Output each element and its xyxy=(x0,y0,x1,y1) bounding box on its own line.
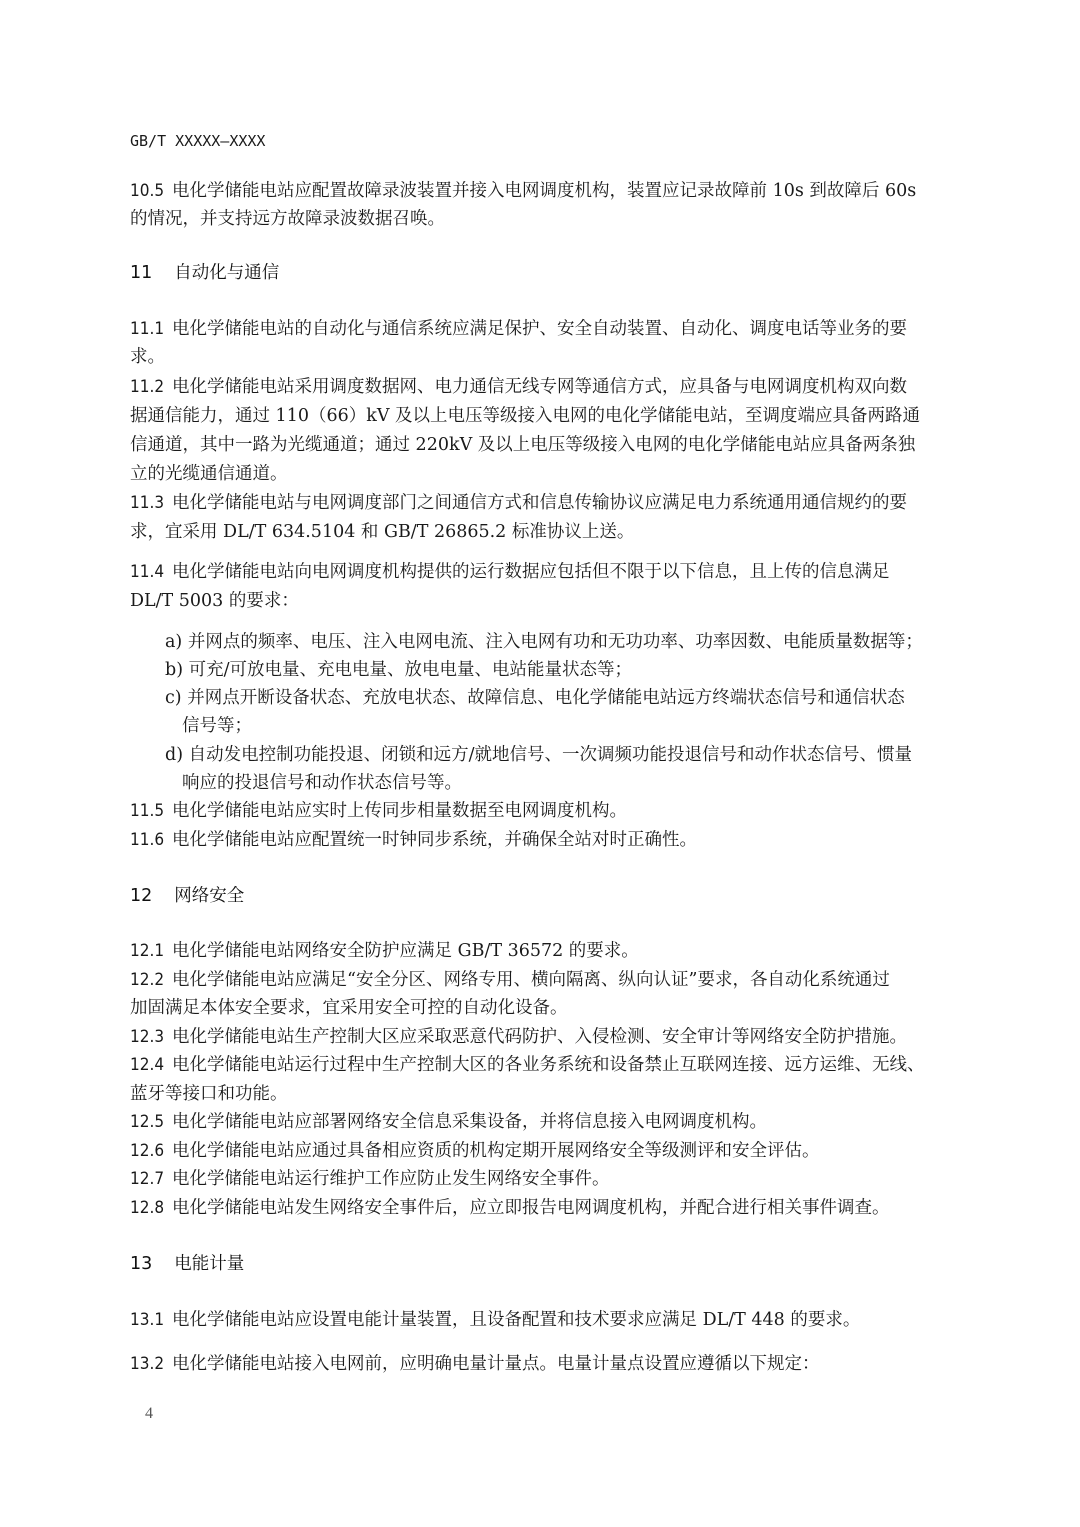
clause-text: 电化学储能电站应配置故障录波装置并接入电网调度机构，装置应记录故障前 10s 到… xyxy=(172,181,916,201)
list-item-b: b) 可充/可放电量、充电电量、放电电量、电站能量状态等； xyxy=(165,659,632,681)
clause-11-2-line-3: 信通道，其中一路为光缆通道；通过 220kV 及以上电压等级接入电网的电化学储能… xyxy=(130,434,915,456)
clause-11-6: 11.6电化学储能电站应配置统一时钟同步系统，并确保全站对时正确性。 xyxy=(130,829,697,851)
clause-11-1-line-2: 求。 xyxy=(130,346,165,368)
clause-11-1-line-1: 11.1电化学储能电站的自动化与通信系统应满足保护、安全自动装置、自动化、调度电… xyxy=(130,318,907,340)
clause-11-3-line-1: 11.3电化学储能电站与电网调度部门之间通信方式和信息传输协议应满足电力系统通用… xyxy=(130,492,907,514)
clause-text: 电化学储能电站采用调度数据网、电力通信无线专网等通信方式，应具备与电网调度机构双… xyxy=(172,377,907,397)
section-heading-12: 12网络安全 xyxy=(130,885,244,907)
clause-text: 电化学储能电站应设置电能计量装置，且设备配置和技术要求应满足 DL/T 448 … xyxy=(172,1310,860,1330)
clause-12-3: 12.3电化学储能电站生产控制大区应采取恶意代码防护、入侵检测、安全审计等网络安… xyxy=(130,1026,907,1048)
clause-text: 电化学储能电站运行维护工作应防止发生网络安全事件。 xyxy=(172,1169,610,1189)
clause-text: 电化学储能电站接入电网前，应明确电量计量点。电量计量点设置应遵循以下规定： xyxy=(172,1354,820,1374)
clause-12-2-line-2: 加固满足本体安全要求，宜采用安全可控的自动化设备。 xyxy=(130,997,568,1019)
clause-12-7: 12.7电化学储能电站运行维护工作应防止发生网络安全事件。 xyxy=(130,1168,610,1190)
list-item-c-continuation: 信号等； xyxy=(182,715,252,737)
list-item-d-continuation: 响应的投退信号和动作状态信号等。 xyxy=(182,772,462,794)
clause-number: 11.4 xyxy=(130,562,164,582)
clause-number: 11.5 xyxy=(130,801,164,821)
clause-12-6: 12.6电化学储能电站应通过具备相应资质的机构定期开展网络安全等级测评和安全评估… xyxy=(130,1140,820,1162)
clause-number: 12.6 xyxy=(130,1141,164,1161)
list-label: d) xyxy=(165,745,183,765)
list-item-c: c) 并网点开断设备状态、充放电状态、故障信息、电化学储能电站远方终端状态信号和… xyxy=(165,687,905,709)
clause-text: 电化学储能电站应通过具备相应资质的机构定期开展网络安全等级测评和安全评估。 xyxy=(172,1141,820,1161)
section-title: 网络安全 xyxy=(174,886,244,906)
clause-number: 10.5 xyxy=(130,181,164,201)
list-label: a) xyxy=(165,632,182,652)
list-text: 可充/可放电量、充电电量、放电电量、电站能量状态等； xyxy=(189,660,632,680)
clause-13-1: 13.1电化学储能电站应设置电能计量装置，且设备配置和技术要求应满足 DL/T … xyxy=(130,1309,860,1331)
section-title: 电能计量 xyxy=(174,1254,244,1274)
list-item-d: d) 自动发电控制功能投退、闭锁和远方/就地信号、一次调频功能投退信号和动作状态… xyxy=(165,744,912,766)
clause-number: 12.3 xyxy=(130,1027,164,1047)
list-label: b) xyxy=(165,660,183,680)
clause-text: 电化学储能电站应部署网络安全信息采集设备，并将信息接入电网调度机构。 xyxy=(172,1112,767,1132)
clause-number: 11.3 xyxy=(130,493,164,513)
clause-12-1: 12.1电化学储能电站网络安全防护应满足 GB/T 36572 的要求。 xyxy=(130,940,639,962)
clause-12-8: 12.8电化学储能电站发生网络安全事件后，应立即报告电网调度机构，并配合进行相关… xyxy=(130,1197,890,1219)
clause-number: 11.2 xyxy=(130,377,164,397)
clause-11-3-line-2: 求，宜采用 DL/T 634.5104 和 GB/T 26865.2 标准协议上… xyxy=(130,521,634,543)
clause-12-4-line-1: 12.4电化学储能电站运行过程中生产控制大区的各业务系统和设备禁止互联网连接、远… xyxy=(130,1054,925,1076)
clause-number: 12.5 xyxy=(130,1112,164,1132)
list-text: 并网点的频率、电压、注入电网电流、注入电网有功和无功功率、功率因数、电能质量数据… xyxy=(188,632,923,652)
clause-11-4-line-2: DL/T 5003 的要求： xyxy=(130,590,299,612)
clause-text: 电化学储能电站向电网调度机构提供的运行数据应包括但不限于以下信息，且上传的信息满… xyxy=(172,562,890,582)
section-heading-11: 11自动化与通信 xyxy=(130,262,279,284)
document-code-header: GB/T XXXXX—XXXX xyxy=(130,132,265,150)
section-heading-13: 13电能计量 xyxy=(130,1253,244,1275)
clause-text: 电化学储能电站与电网调度部门之间通信方式和信息传输协议应满足电力系统通用通信规约… xyxy=(172,493,907,513)
clause-number: 12.8 xyxy=(130,1198,164,1218)
page-number: 4 xyxy=(145,1405,153,1423)
clause-number: 12.7 xyxy=(130,1169,164,1189)
clause-11-2-line-1: 11.2电化学储能电站采用调度数据网、电力通信无线专网等通信方式，应具备与电网调… xyxy=(130,376,907,398)
clause-number: 12.4 xyxy=(130,1055,164,1075)
clause-10-5-line-2: 的情况，并支持远方故障录波数据召唤。 xyxy=(130,208,445,230)
clause-text: 电化学储能电站运行过程中生产控制大区的各业务系统和设备禁止互联网连接、远方运维、… xyxy=(172,1055,925,1075)
clause-number: 13.1 xyxy=(130,1310,164,1330)
list-label: c) xyxy=(165,688,182,708)
document-page: GB/T XXXXX—XXXX 10.5电化学储能电站应配置故障录波装置并接入电… xyxy=(0,0,1080,1527)
clause-number: 13.2 xyxy=(130,1354,164,1374)
section-number: 13 xyxy=(130,1254,152,1274)
clause-text: 电化学储能电站生产控制大区应采取恶意代码防护、入侵检测、安全审计等网络安全防护措… xyxy=(172,1027,907,1047)
clause-text: 电化学储能电站应满足“安全分区、网络专用、横向隔离、纵向认证”要求，各自动化系统… xyxy=(172,970,890,990)
section-number: 11 xyxy=(130,263,152,283)
clause-number: 11.6 xyxy=(130,830,164,850)
clause-11-5: 11.5电化学储能电站应实时上传同步相量数据至电网调度机构。 xyxy=(130,800,627,822)
clause-10-5-line-1: 10.5电化学储能电站应配置故障录波装置并接入电网调度机构，装置应记录故障前 1… xyxy=(130,180,916,202)
list-text: 并网点开断设备状态、充放电状态、故障信息、电化学储能电站远方终端状态信号和通信状… xyxy=(187,688,905,708)
clause-11-2-line-4: 立的光缆通信通道。 xyxy=(130,463,288,485)
clause-text: 电化学储能电站发生网络安全事件后，应立即报告电网调度机构，并配合进行相关事件调查… xyxy=(172,1198,890,1218)
clause-13-2: 13.2电化学储能电站接入电网前，应明确电量计量点。电量计量点设置应遵循以下规定… xyxy=(130,1353,820,1375)
clause-12-5: 12.5电化学储能电站应部署网络安全信息采集设备，并将信息接入电网调度机构。 xyxy=(130,1111,767,1133)
list-item-a: a) 并网点的频率、电压、注入电网电流、注入电网有功和无功功率、功率因数、电能质… xyxy=(165,631,923,653)
section-number: 12 xyxy=(130,886,152,906)
list-text: 自动发电控制功能投退、闭锁和远方/就地信号、一次调频功能投退信号和动作状态信号、… xyxy=(189,745,912,765)
clause-text: 电化学储能电站应配置统一时钟同步系统，并确保全站对时正确性。 xyxy=(172,830,697,850)
section-title: 自动化与通信 xyxy=(174,263,279,283)
clause-text: 电化学储能电站的自动化与通信系统应满足保护、安全自动装置、自动化、调度电话等业务… xyxy=(172,319,907,339)
clause-text: 电化学储能电站网络安全防护应满足 GB/T 36572 的要求。 xyxy=(172,941,639,961)
clause-12-2-line-1: 12.2电化学储能电站应满足“安全分区、网络专用、横向隔离、纵向认证”要求，各自… xyxy=(130,969,890,991)
clause-12-4-line-2: 蓝牙等接口和功能。 xyxy=(130,1083,288,1105)
clause-11-2-line-2: 据通信能力，通过 110（66）kV 及以上电压等级接入电网的电化学储能电站，至… xyxy=(130,405,920,427)
clause-11-4-line-1: 11.4电化学储能电站向电网调度机构提供的运行数据应包括但不限于以下信息，且上传… xyxy=(130,561,890,583)
clause-number: 12.1 xyxy=(130,941,164,961)
clause-number: 11.1 xyxy=(130,319,164,339)
clause-number: 12.2 xyxy=(130,970,164,990)
clause-text: 电化学储能电站应实时上传同步相量数据至电网调度机构。 xyxy=(172,801,627,821)
